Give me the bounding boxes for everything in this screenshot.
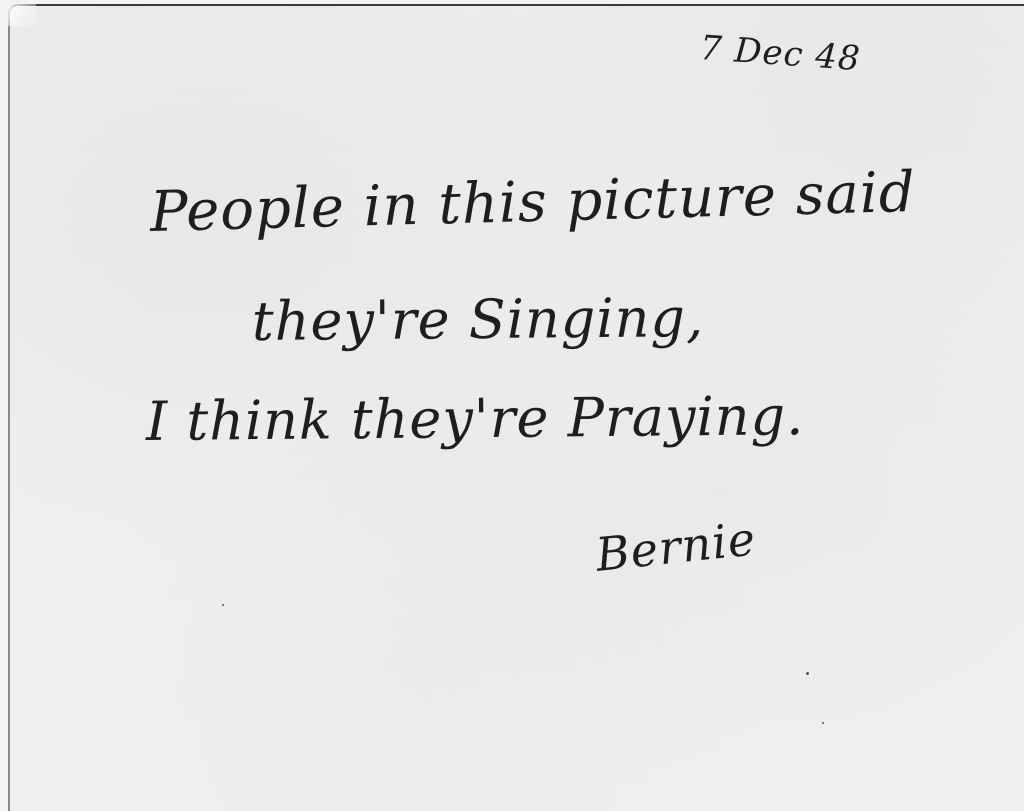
card-corner	[8, 4, 36, 26]
paper-speck	[822, 722, 824, 724]
scanned-card: 7 Dec 48 People in this picture said the…	[0, 0, 1024, 811]
paper-speck	[806, 672, 809, 675]
paper-speck	[222, 604, 224, 606]
handwritten-line-3: I think they're Praying.	[146, 384, 805, 453]
handwritten-line-2: they're Singing,	[252, 286, 705, 353]
